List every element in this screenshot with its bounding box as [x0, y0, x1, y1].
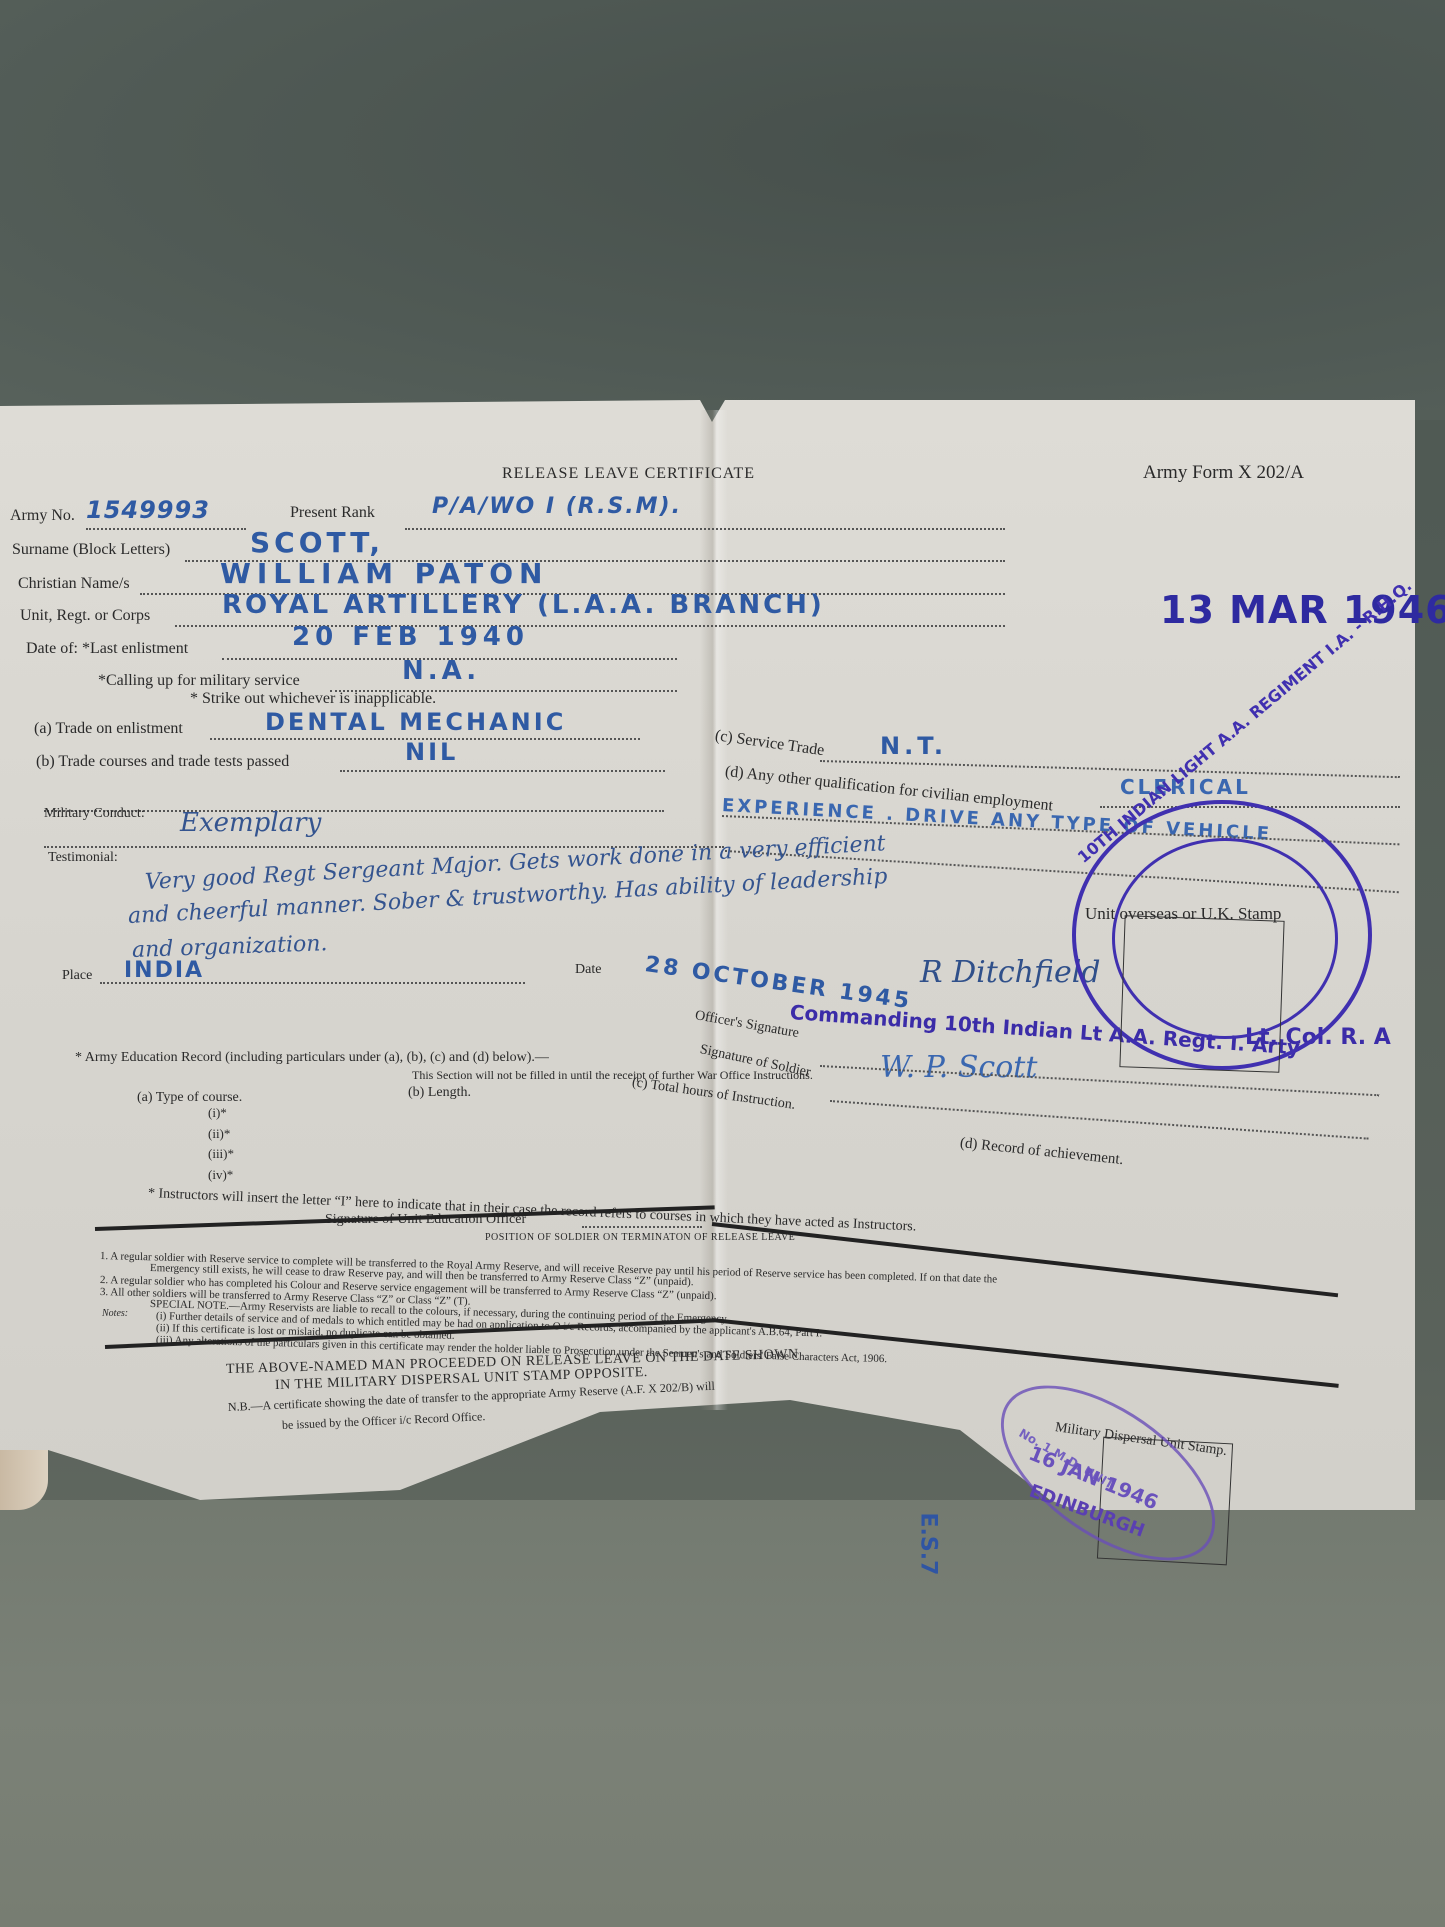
education-item-1: (i)*	[208, 1105, 227, 1121]
unit-value: ROYAL ARTILLERY (L.A.A. BRANCH)	[222, 590, 825, 620]
last-enlistment-label: Date of: *Last enlistment	[26, 640, 188, 658]
trade-a-value: DENTAL MECHANIC	[265, 708, 566, 736]
unit-stamp-box	[1119, 915, 1284, 1072]
strike-note: * Strike out whichever is inapplicable.	[190, 690, 436, 708]
calling-up-value: N.A.	[402, 656, 480, 686]
trade-a-label: (a) Trade on enlistment	[34, 720, 183, 738]
education-heading: * Army Education Record (including parti…	[75, 1050, 549, 1066]
soldier-signature: W. P. Scott	[880, 1050, 1037, 1085]
place-line	[100, 982, 525, 984]
army-no-value: 1549993	[86, 496, 210, 524]
es-mark: E.S.7	[916, 1513, 941, 1576]
trade-b-value: NIL	[405, 738, 458, 766]
rank-label: Present Rank	[290, 504, 375, 522]
place-label: Place	[62, 968, 92, 984]
testimonial-label: Testimonial:	[48, 850, 118, 866]
officer-signature: R Ditchfield	[920, 955, 1101, 990]
notes-label: Notes:	[102, 1308, 128, 1319]
education-item-3: (iii)*	[208, 1146, 234, 1162]
position-heading: POSITION OF SOLDIER ON TERMINATON OF REL…	[485, 1232, 795, 1243]
education-item-4: (iv)*	[208, 1167, 233, 1183]
form-title: RELEASE LEAVE CERTIFICATE	[502, 465, 755, 483]
trade-c-value: N.T.	[880, 732, 947, 760]
christian-names-label: Christian Name/s	[18, 575, 130, 593]
background-cloth-top	[0, 0, 1445, 420]
last-enlistment-value: 20 FEB 1940	[292, 622, 529, 652]
conduct-value: Exemplary	[180, 808, 321, 838]
christian-names-value: WILLIAM PATON	[220, 557, 548, 590]
unit-label: Unit, Regt. or Corps	[20, 607, 150, 625]
education-b-label: (b) Length.	[408, 1085, 471, 1101]
rank-line	[405, 528, 1005, 530]
surname-label: Surname (Block Letters)	[12, 541, 170, 559]
education-sub-note: This Section will not be filled in until…	[412, 1068, 813, 1083]
education-a-label: (a) Type of course.	[137, 1090, 242, 1106]
army-no-label: Army No.	[10, 507, 75, 525]
trade-b-line	[340, 770, 665, 772]
place-value: INDIA	[124, 958, 204, 983]
conduct-label: Military Conduct:	[44, 806, 145, 822]
background-cloth-bottom	[0, 1500, 1445, 1927]
surname-value: SCOTT,	[250, 526, 384, 559]
army-no-line	[86, 528, 246, 530]
calling-up-label: *Calling up for military service	[98, 672, 300, 690]
date-label: Date	[575, 962, 601, 978]
form-number: Army Form X 202/A	[1143, 462, 1304, 484]
trade-b-label: (b) Trade courses and trade tests passed	[36, 753, 289, 771]
education-officer-line	[582, 1226, 702, 1228]
rank-value: P/A/WO I (R.S.M).	[432, 494, 682, 519]
education-item-2: (ii)*	[208, 1126, 230, 1142]
